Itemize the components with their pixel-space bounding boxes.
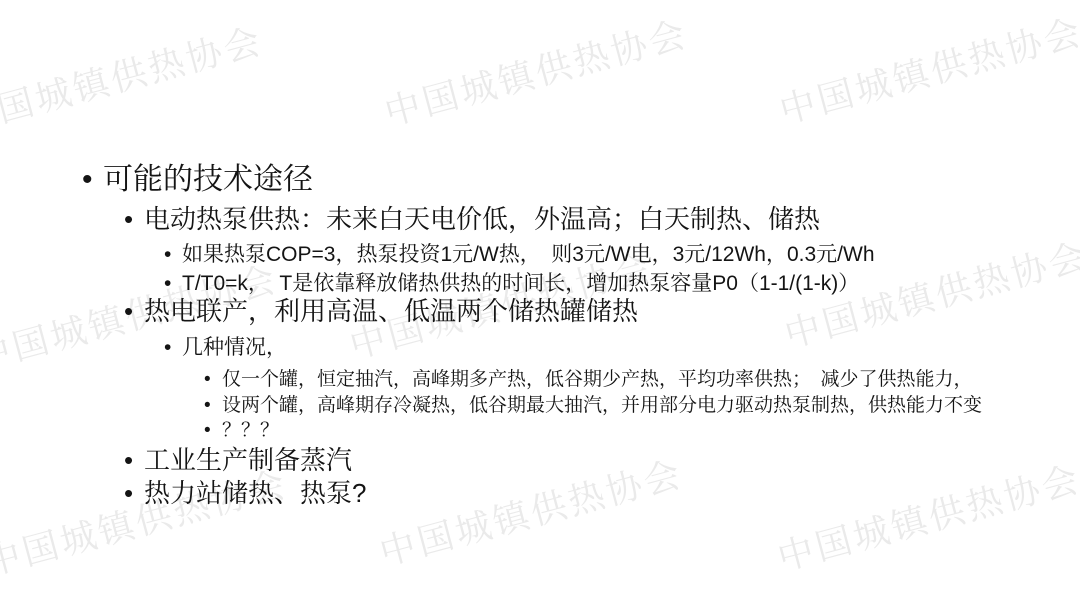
bullet-line: • T/T0=k， T是依靠释放储热供热的时间长，增加热泵容量P0（1-1/(1…	[164, 271, 859, 297]
bullet-line: • 电动热泵供热：未来白天电价低，外温高；白天制热、储热	[124, 204, 820, 236]
watermark-text: 中国城镇供热协会	[373, 446, 688, 576]
watermark-text: 中国城镇供热协会	[773, 4, 1080, 134]
bullet-marker: •	[124, 478, 144, 510]
bullet-marker: •	[124, 296, 144, 328]
bullet-text: 工业生产制备蒸汽	[144, 445, 352, 477]
bullet-text: T/T0=k， T是依靠释放储热供热的时间长，增加热泵容量P0（1-1/(1-k…	[182, 271, 859, 297]
bullet-marker: •	[204, 394, 222, 417]
bullet-marker: •	[164, 335, 182, 361]
watermark-text: 中国城镇供热协会	[378, 6, 693, 136]
slide-canvas: 中国城镇供热协会 中国城镇供热协会 中国城镇供热协会 中国城镇供热协会 中国城镇…	[0, 0, 1080, 608]
bullet-line: • 仅一个罐，恒定抽汽，高峰期多产热，低谷期少产热，平均功率供热； 减少了供热能…	[204, 368, 973, 391]
bullet-text: 仅一个罐，恒定抽汽，高峰期多产热，低谷期少产热，平均功率供热； 减少了供热能力，	[222, 368, 973, 391]
bullet-marker: •	[164, 271, 182, 297]
bullet-line: • ？？？	[204, 419, 279, 442]
bullet-text: 电动热泵供热：未来白天电价低，外温高；白天制热、储热	[144, 204, 820, 236]
bullet-line: • 如果热泵COP=3，热泵投资1元/W热， 则3元/W电，3元/12Wh，0.…	[164, 242, 875, 268]
watermark-text: 中国城镇供热协会	[0, 13, 268, 143]
bullet-text: 可能的技术途径	[103, 162, 313, 199]
bullet-marker: •	[164, 242, 182, 268]
bullet-marker: •	[204, 419, 222, 442]
bullet-text: 热电联产，利用高温、低温两个储热罐储热	[144, 296, 638, 328]
bullet-line: • 几种情况，	[164, 335, 287, 361]
bullet-marker: •	[204, 368, 222, 391]
bullet-marker: •	[82, 162, 103, 199]
bullet-line-title: • 可能的技术途径	[82, 162, 313, 199]
bullet-line: • 工业生产制备蒸汽	[124, 445, 352, 477]
bullet-text: ？？？	[222, 419, 279, 442]
bullet-text: 设两个罐，高峰期存冷凝热，低谷期最大抽汽，并用部分电力驱动热泵制热，供热能力不变	[222, 394, 982, 417]
bullet-line: • 热力站储热、热泵?	[124, 478, 366, 510]
bullet-text: 热力站储热、热泵?	[144, 478, 366, 510]
bullet-marker: •	[124, 445, 144, 477]
bullet-line: • 热电联产，利用高温、低温两个储热罐储热	[124, 296, 638, 328]
bullet-text: 几种情况，	[182, 335, 287, 361]
bullet-text: 如果热泵COP=3，热泵投资1元/W热， 则3元/W电，3元/12Wh，0.3元…	[182, 242, 875, 268]
bullet-marker: •	[124, 204, 144, 236]
watermark-text: 中国城镇供热协会	[771, 451, 1080, 581]
bullet-line: • 设两个罐，高峰期存冷凝热，低谷期最大抽汽，并用部分电力驱动热泵制热，供热能力…	[204, 394, 982, 417]
